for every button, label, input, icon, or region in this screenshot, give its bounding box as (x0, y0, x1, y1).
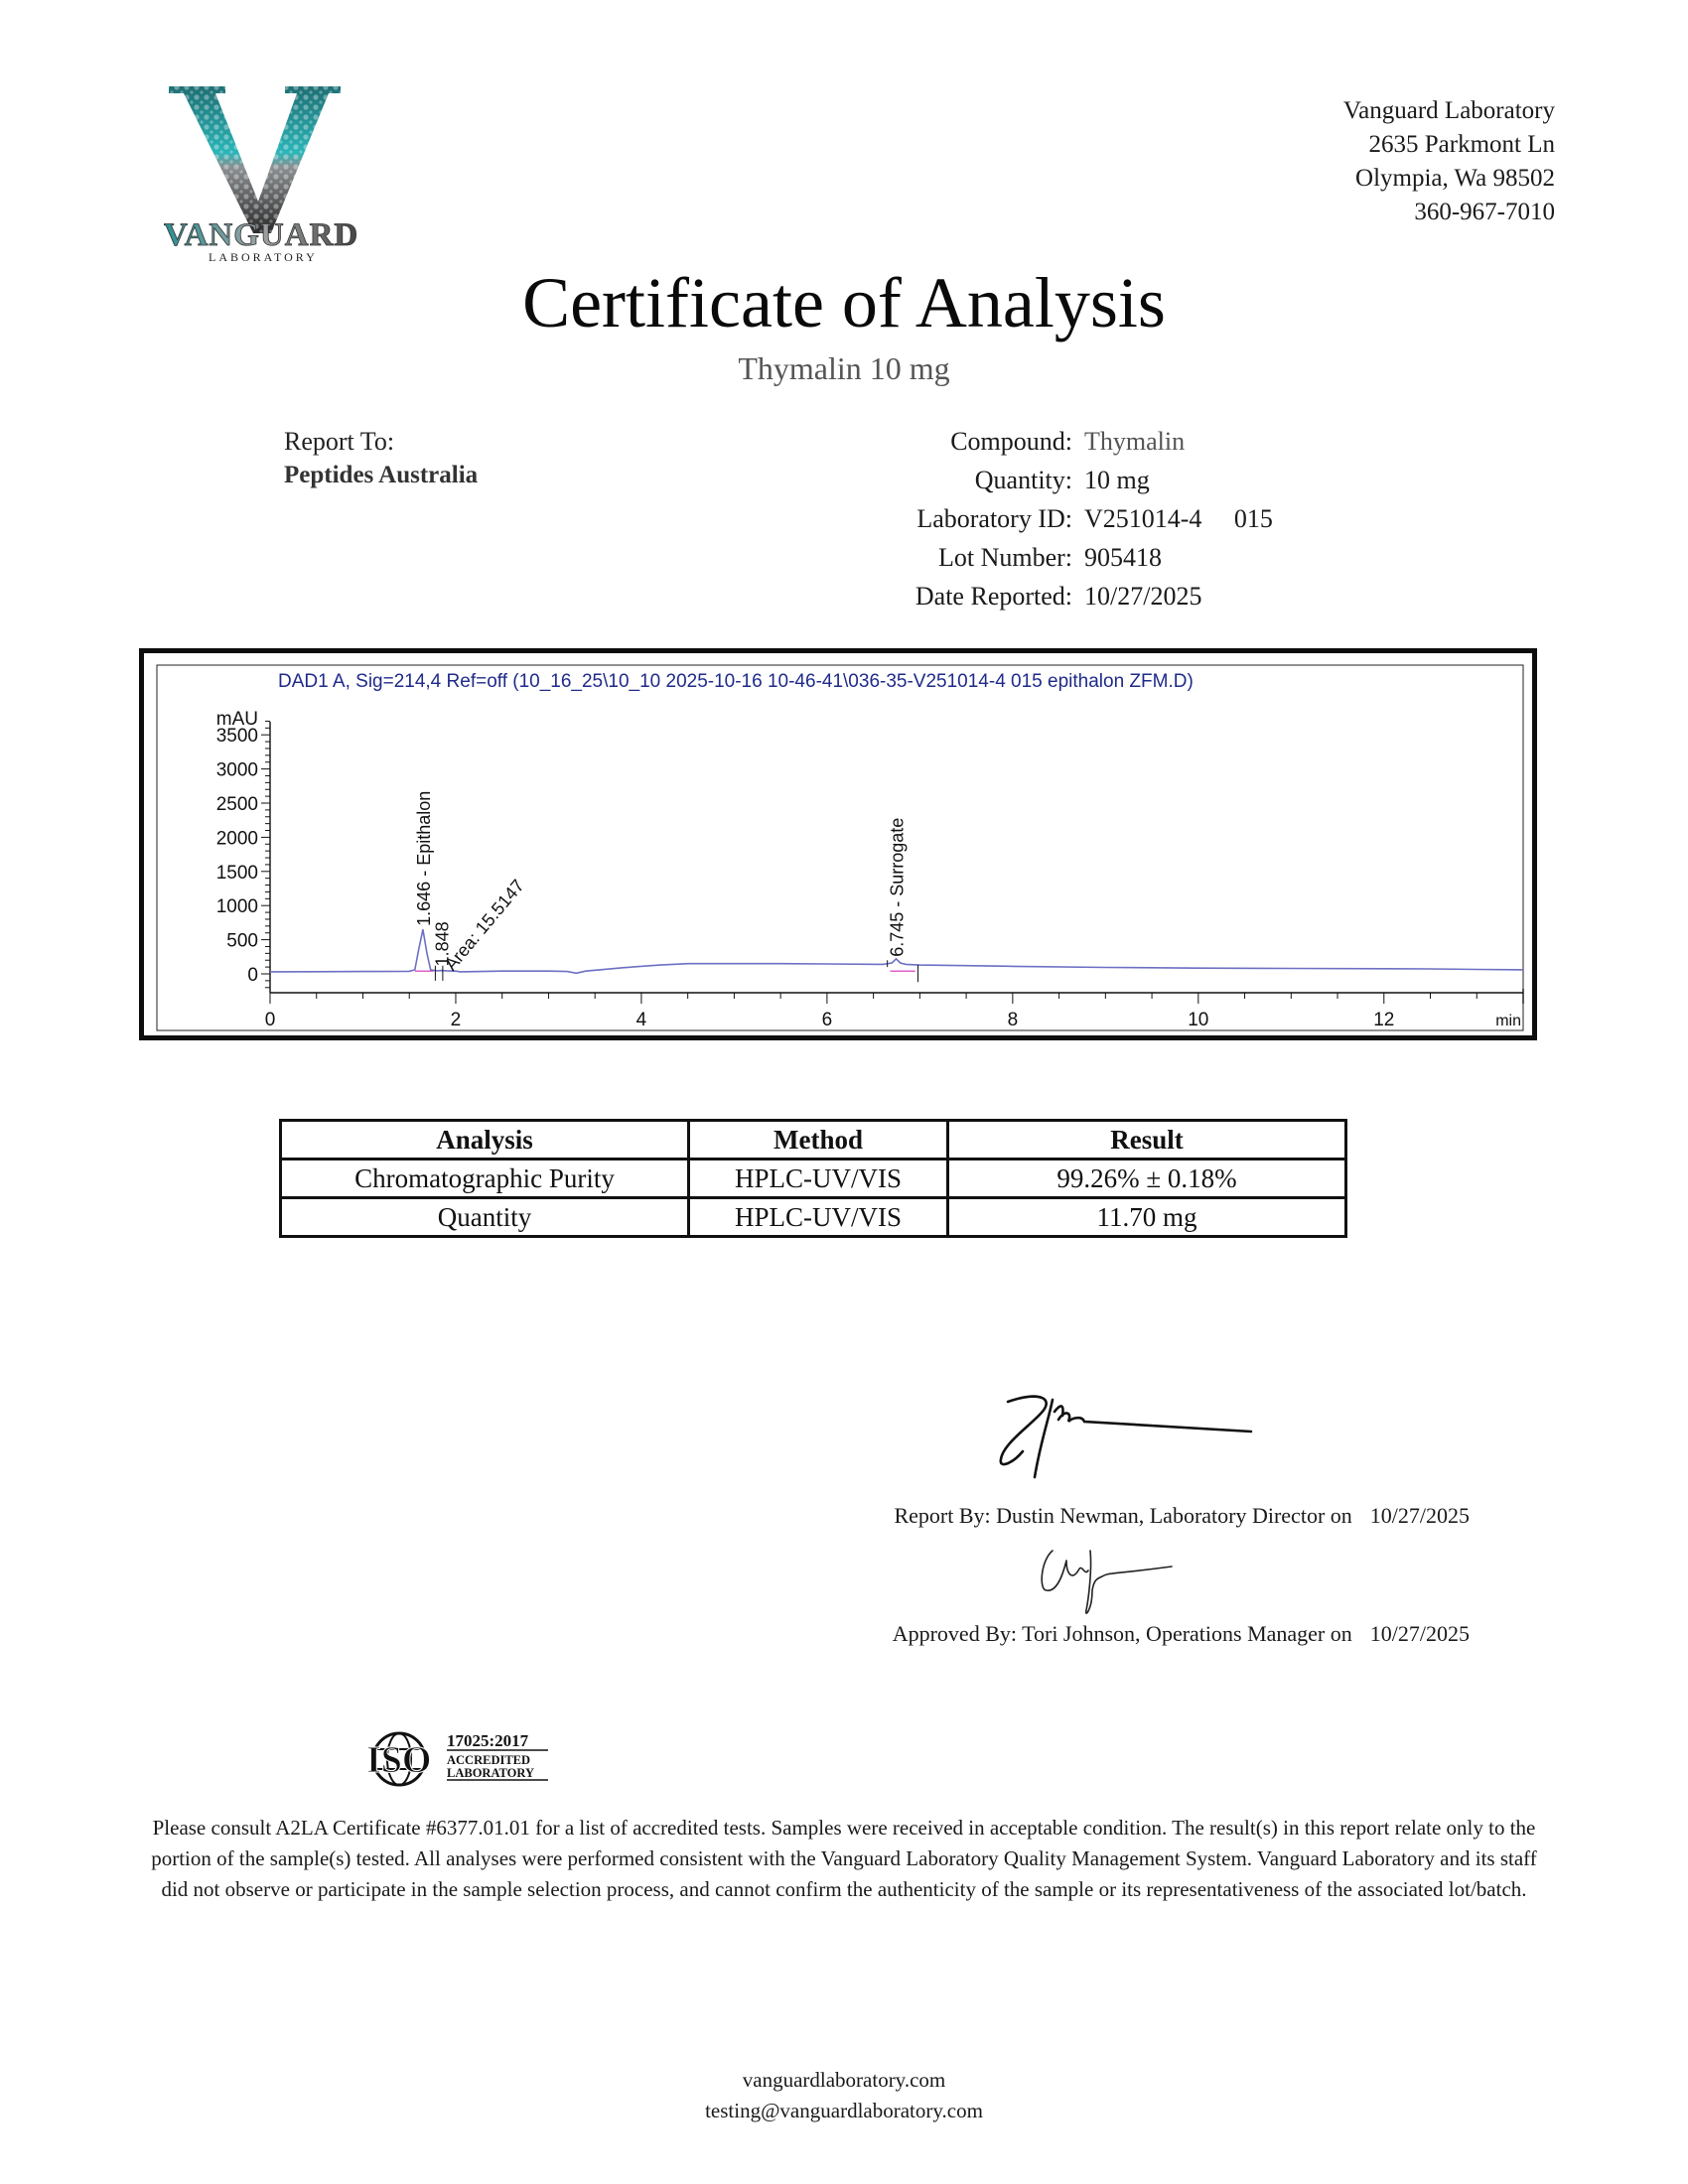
sample-info-lot: Lot Number: 905418 (854, 538, 1273, 577)
table-row: Quantity HPLC-UV/VIS 11.70 mg (281, 1198, 1346, 1237)
sample-info-lab-id: Laboratory ID: V251014-4 015 (854, 499, 1273, 538)
iso-accredited: ACCREDITED (447, 1753, 530, 1767)
chromatogram: DAD1 A, Sig=214,4 Ref=off (10_16_25\10_1… (139, 648, 1537, 1040)
svg-text:12: 12 (1373, 1010, 1394, 1030)
report-to-client: Peptides Australia (284, 459, 478, 492)
field-label: Date Reported: (854, 582, 1072, 612)
lab-address: Vanguard Laboratory 2635 Parkmont Ln Oly… (1343, 94, 1555, 229)
column-header-result: Result (948, 1121, 1346, 1160)
footer-email[interactable]: testing@vanguardlaboratory.com (0, 2096, 1688, 2126)
sample-info-date: Date Reported: 10/27/2025 (854, 577, 1273, 615)
svg-text:6: 6 (822, 1010, 833, 1030)
cell-method: HPLC-UV/VIS (689, 1198, 948, 1237)
cell-result: 99.26% ± 0.18% (948, 1160, 1346, 1198)
logo-tagline: LABORATORY (209, 250, 318, 263)
cell-analysis: Quantity (281, 1198, 689, 1237)
field-value: 10/27/2025 (1072, 582, 1201, 612)
column-header-method: Method (689, 1121, 948, 1160)
svg-text:3000: 3000 (216, 760, 258, 781)
report-by-text: Report By: Dustin Newman, Laboratory Dir… (894, 1503, 1351, 1529)
iso-mark: ISO (366, 1739, 431, 1781)
field-value: V251014-4 015 (1072, 504, 1273, 534)
svg-text:500: 500 (226, 931, 258, 952)
iso-standard: 17025:2017 (447, 1731, 529, 1750)
field-label: Quantity: (854, 466, 1072, 495)
vanguard-logo: VANGUARD LABORATORY (164, 84, 392, 263)
document-subtitle: Thymalin 10 mg (0, 349, 1688, 387)
column-header-analysis: Analysis (281, 1121, 689, 1160)
report-to-label: Report To: (284, 425, 478, 459)
document-title: Certificate of Analysis (0, 263, 1688, 342)
field-value: 905418 (1072, 543, 1162, 573)
footer: vanguardlaboratory.com testing@vanguardl… (0, 2065, 1688, 2126)
svg-text:2500: 2500 (216, 794, 258, 815)
report-by-date: 10/27/2025 (1370, 1503, 1470, 1529)
cell-method: HPLC-UV/VIS (689, 1160, 948, 1198)
director-signature (983, 1390, 1281, 1499)
disclaimer: Please consult A2LA Certificate #6377.01… (149, 1813, 1539, 1905)
svg-text:mAU: mAU (216, 709, 258, 730)
field-label: Lot Number: (854, 543, 1072, 573)
svg-text:8: 8 (1008, 1010, 1019, 1030)
svg-text:2: 2 (451, 1010, 462, 1030)
table-header-row: Analysis Method Result (281, 1121, 1346, 1160)
approved-by-line: Approved By: Tori Johnson, Operations Ma… (834, 1621, 1470, 1647)
chromatogram-plot: DAD1 A, Sig=214,4 Ref=off (10_16_25\10_1… (144, 653, 1532, 1035)
iso-laboratory: LABORATORY (447, 1766, 534, 1780)
table-row: Chromatographic Purity HPLC-UV/VIS 99.26… (281, 1160, 1346, 1198)
svg-text:4: 4 (636, 1010, 647, 1030)
sample-info-compound: Compound: Thymalin (854, 422, 1273, 461)
lab-city: Olympia, Wa 98502 (1343, 162, 1555, 196)
svg-text:10: 10 (1188, 1010, 1208, 1030)
svg-text:6.745 - Surrogate: 6.745 - Surrogate (888, 818, 908, 957)
svg-text:0: 0 (247, 965, 258, 986)
lab-name: Vanguard Laboratory (1343, 94, 1555, 128)
results-table: Analysis Method Result Chromatographic P… (279, 1119, 1347, 1238)
sample-info-quantity: Quantity: 10 mg (854, 461, 1273, 499)
approved-by-date: 10/27/2025 (1370, 1621, 1470, 1647)
iso-accreditation-badge: ISO 17025:2017 ACCREDITED LABORATORY (365, 1725, 564, 1796)
svg-text:1000: 1000 (216, 896, 258, 917)
report-to: Report To: Peptides Australia (284, 425, 478, 492)
svg-text:2000: 2000 (216, 828, 258, 849)
cell-result: 11.70 mg (948, 1198, 1346, 1237)
svg-text:DAD1 A, Sig=214,4 Ref=off (10_: DAD1 A, Sig=214,4 Ref=off (10_16_25\10_1… (278, 671, 1194, 692)
cell-analysis: Chromatographic Purity (281, 1160, 689, 1198)
svg-text:0: 0 (265, 1010, 276, 1030)
footer-website[interactable]: vanguardlaboratory.com (0, 2065, 1688, 2096)
svg-text:1.646 - Epithalon: 1.646 - Epithalon (414, 791, 434, 926)
logo-wordmark: VANGUARD (164, 217, 358, 253)
sample-info: Compound: Thymalin Quantity: 10 mg Labor… (854, 422, 1273, 615)
report-by-line: Report By: Dustin Newman, Laboratory Dir… (834, 1503, 1470, 1529)
approver-signature (1033, 1541, 1231, 1625)
approved-by-text: Approved By: Tori Johnson, Operations Ma… (893, 1621, 1352, 1647)
field-label: Laboratory ID: (854, 504, 1072, 534)
lab-street: 2635 Parkmont Ln (1343, 128, 1555, 162)
field-value: 10 mg (1072, 466, 1150, 495)
field-value: Thymalin (1072, 427, 1185, 457)
svg-text:min: min (1495, 1013, 1521, 1029)
field-label: Compound: (854, 427, 1072, 457)
svg-text:1500: 1500 (216, 863, 258, 884)
lab-phone: 360-967-7010 (1343, 196, 1555, 229)
